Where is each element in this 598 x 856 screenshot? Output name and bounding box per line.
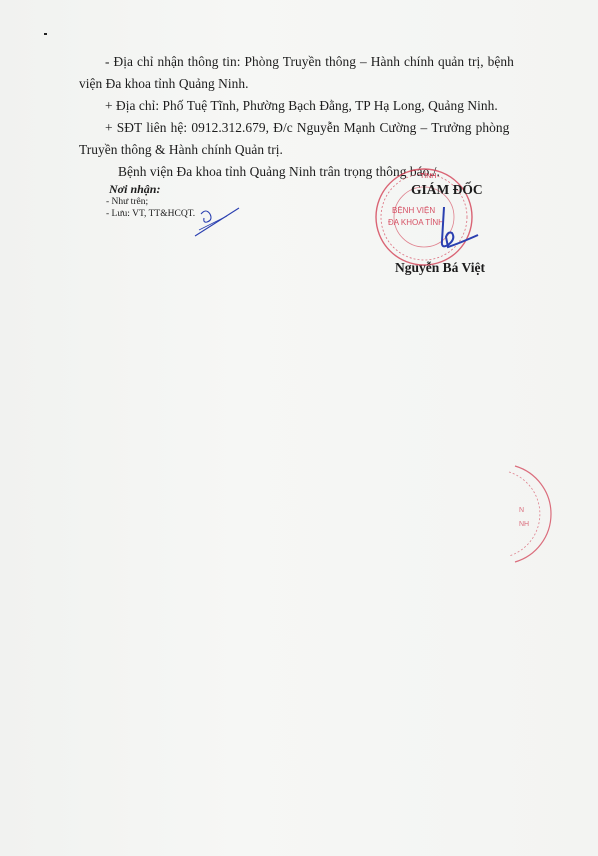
svg-text:BỆNH VIỆN: BỆNH VIỆN <box>392 206 435 215</box>
recipient-item: - Lưu: VT, TT&HCQT. <box>106 209 195 219</box>
scan-speck <box>44 33 47 35</box>
body-line-contact-address: - Địa chỉ nhận thông tin: Phòng Truyền t… <box>105 54 514 70</box>
body-line-department: Truyền thông & Hành chính Quản trị. <box>79 142 283 158</box>
signature-icon <box>430 205 490 255</box>
signer-name: Nguyễn Bá Việt <box>395 260 485 276</box>
partial-stamp-edge: N NH <box>505 462 565 567</box>
initial-mark-icon <box>193 200 243 240</box>
body-line-street-address: + Địa chỉ: Phố Tuệ Tĩnh, Phường Bạch Đằn… <box>105 98 498 114</box>
svg-text:TỈNH: TỈNH <box>420 171 436 180</box>
scanned-document-page: - Địa chỉ nhận thông tin: Phòng Truyền t… <box>0 0 598 856</box>
body-line-phone: + SĐT liên hệ: 0912.312.679, Đ/c Nguyễn … <box>105 120 509 136</box>
body-line-hospital: viện Đa khoa tỉnh Quảng Ninh. <box>79 76 249 92</box>
signer-title: GIÁM ĐỐC <box>411 182 483 198</box>
svg-text:N: N <box>519 507 524 514</box>
svg-text:NH: NH <box>519 521 529 528</box>
recipient-item: - Như trên; <box>106 197 148 207</box>
recipients-title: Nơi nhận: <box>109 182 160 197</box>
